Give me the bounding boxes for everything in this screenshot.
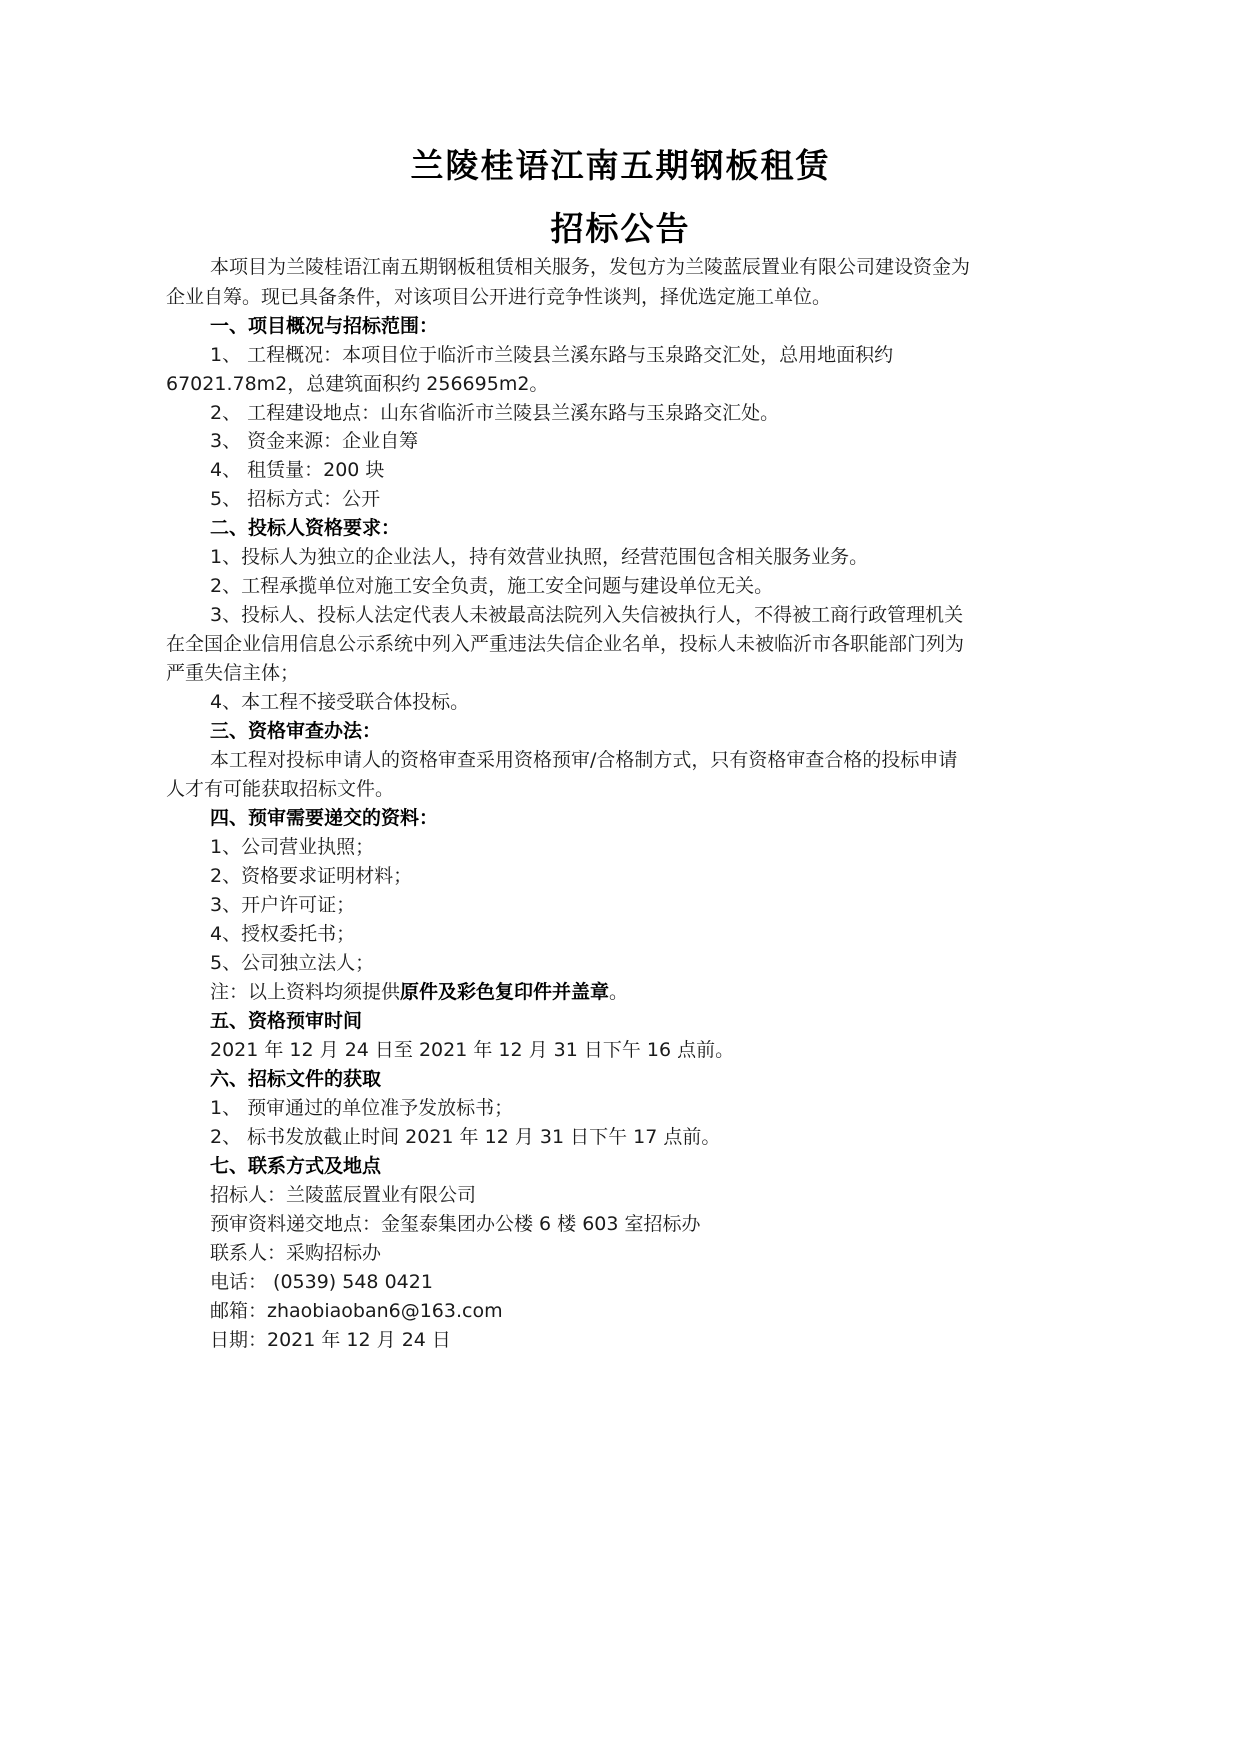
submit-location: 预审资料递交地点：金玺泰集团办公楼 6 楼 603 室招标办: [210, 1211, 701, 1237]
section-5-text: 2021 年 12 月 24 日至 2021 年 12 月 31 日下午 16 …: [210, 1037, 734, 1063]
note-prefix: 注：以上资料均须提供: [210, 981, 400, 1003]
section-1-item-1-cont: 67021.78m2，总建筑面积约 256695m2。: [166, 371, 548, 397]
section-2-heading: 二、投标人资格要求：: [210, 515, 400, 541]
section-4-item-5: 5、公司独立法人；: [210, 950, 374, 976]
contact-person: 联系人：采购招标办: [210, 1240, 381, 1266]
section-2-item-3-cont: 在全国企业信用信息公示系统中列入严重违法失信企业名单，投标人未被临沂市各职能部门…: [166, 631, 964, 657]
intro-line-2: 企业自筹。现已具备条件，对该项目公开进行竞争性谈判，择优选定施工单位。: [166, 284, 831, 310]
section-7-heading: 七、联系方式及地点: [210, 1153, 381, 1179]
note-emphasis: 原件及彩色复印件并盖章: [400, 981, 609, 1003]
section-3-heading: 三、资格审查办法：: [210, 718, 381, 744]
section-6-item-2: 2、 标书发放截止时间 2021 年 12 月 31 日下午 17 点前。: [210, 1124, 720, 1150]
section-3-line-1: 本工程对投标申请人的资格审查采用资格预审/合格制方式，只有资格审查合格的投标申请: [210, 747, 957, 773]
section-2-item-1: 1、投标人为独立的企业法人，持有效营业执照，经营范围包含相关服务业务。: [210, 544, 868, 570]
section-4-note: 注：以上资料均须提供原件及彩色复印件并盖章。: [210, 979, 628, 1005]
section-4-item-3: 3、开户许可证；: [210, 892, 355, 918]
section-4-item-1: 1、公司营业执照；: [210, 834, 374, 860]
section-4-item-2: 2、资格要求证明材料；: [210, 863, 412, 889]
document-date: 日期：2021 年 12 月 24 日: [210, 1327, 451, 1353]
document-title: 兰陵桂语江南五期钢板租赁: [0, 140, 1241, 187]
section-5-heading: 五、资格预审时间: [210, 1008, 362, 1034]
section-2-item-2: 2、工程承揽单位对施工安全负责，施工安全问题与建设单位无关。: [210, 573, 773, 599]
document-page: 兰陵桂语江南五期钢板租赁 招标公告 本项目为兰陵桂语江南五期钢板租赁相关服务，发…: [0, 0, 1241, 1754]
section-4-item-4: 4、授权委托书；: [210, 921, 355, 947]
section-1-heading: 一、项目概况与招标范围：: [210, 313, 438, 339]
intro-line-1: 本项目为兰陵桂语江南五期钢板租赁相关服务，发包方为兰陵蓝辰置业有限公司建设资金为: [210, 254, 970, 280]
section-6-heading: 六、招标文件的获取: [210, 1066, 381, 1092]
section-1-item-5: 5、 招标方式：公开: [210, 486, 380, 512]
section-1-item-2: 2、 工程建设地点：山东省临沂市兰陵县兰溪东路与玉泉路交汇处。: [210, 400, 779, 426]
section-2-item-4: 4、本工程不接受联合体投标。: [210, 689, 469, 715]
section-1-item-3: 3、 资金来源：企业自筹: [210, 428, 418, 454]
section-6-item-1: 1、 预审通过的单位准予发放标书；: [210, 1095, 513, 1121]
section-1-item-1: 1、 工程概况：本项目位于临沂市兰陵县兰溪东路与玉泉路交汇处，总用地面积约: [210, 342, 893, 368]
document-subtitle: 招标公告: [0, 203, 1241, 250]
email[interactable]: 邮箱：zhaobiaoban6@163.com: [210, 1298, 503, 1324]
section-3-line-2: 人才有可能获取招标文件。: [166, 776, 394, 802]
section-4-heading: 四、预审需要递交的资料：: [210, 805, 438, 831]
tenderer: 招标人：兰陵蓝辰置业有限公司: [210, 1182, 476, 1208]
note-suffix: 。: [609, 981, 628, 1003]
section-1-item-4: 4、 租赁量：200 块: [210, 457, 384, 483]
phone: 电话： (0539) 548 0421: [210, 1269, 433, 1295]
section-2-item-3: 3、投标人、投标人法定代表人未被最高法院列入失信被执行人，不得被工商行政管理机关: [210, 602, 963, 628]
section-2-item-3-cont2: 严重失信主体；: [166, 660, 299, 686]
